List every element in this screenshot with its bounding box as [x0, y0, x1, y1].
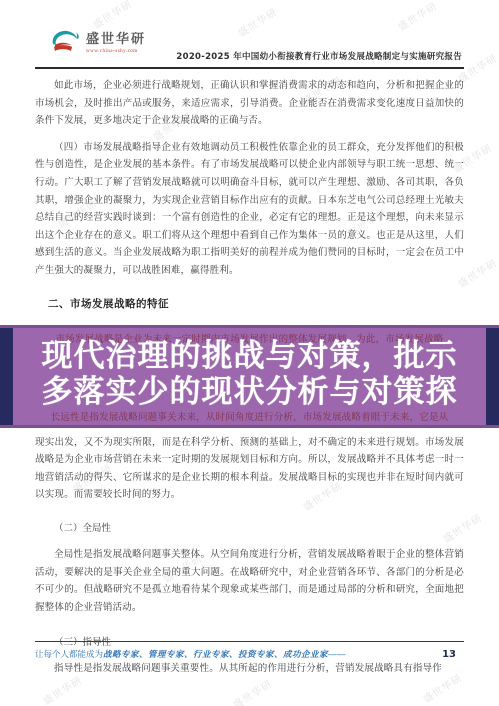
footer-slogan: 让每个人都能成为战略专家、管理专家、行业专家、投资专家、成功企业家—— — [35, 648, 346, 660]
section-heading: 二、市场发展战略的特征 — [48, 296, 464, 311]
subheading: （二）全局性 — [35, 520, 464, 534]
banner-headline-line1: 现代治理的挑战与对策，批示 — [0, 338, 499, 374]
report-title: 2020-2025 年中国幼小衔接教育行业市场发展战略制定与实施研究报告 — [176, 50, 462, 62]
page-header: 盛世华研 www.china-sshy.com 2020-2025 年中国幼小衔… — [35, 26, 464, 64]
banner-headline-line2: 多落实少的现状分析与对策探 — [0, 374, 499, 410]
report-page: 盛世华研 盛世华研 盛世华研 盛世华研 盛世华研 盛世华研 盛世华研 盛世华研 … — [0, 0, 499, 706]
paragraph: 指导性是指发展战略问题事关重要性。从其所起的作用进行分析，营销发展战略具有指导作 — [35, 661, 464, 679]
logo-swirl-icon — [47, 28, 86, 58]
overlay-banner: 市场发展战略是企业为未来一定时期内市场发展作出的整体发展规划，为此，市场发展战略… — [0, 325, 499, 428]
page-footer: 让每个人都能成为战略专家、管理专家、行业专家、投资专家、成功企业家—— 13 — [35, 641, 464, 660]
banner-headline: 现代治理的挑战与对策，批示 多落实少的现状分析与对策探 — [0, 338, 499, 410]
footer-rule — [35, 641, 464, 642]
logo-url: www.china-sshy.com — [86, 49, 146, 54]
page-number: 13 — [442, 649, 456, 660]
header-rule — [35, 67, 464, 69]
paragraph: 如此市场，企业必须进行战略规划，正确认识和掌握消费需求的动态和趋向，分析和把握企… — [35, 78, 464, 131]
paragraph: （四）市场发展战略指导企业有效地调动员工积极性依靠企业的员工群众，充分发挥他们的… — [35, 140, 464, 281]
paragraph: 全局性是指发展战略问题事关整体。从空间角度进行分析，营销发展战略着眼于企业的整体… — [35, 547, 464, 617]
logo-text: 盛世华研 — [86, 33, 146, 46]
watermark: 盛世华研 — [229, 675, 274, 706]
company-logo: 盛世华研 www.china-sshy.com — [47, 28, 146, 58]
document-body: 如此市场，企业必须进行战略规划，正确认识和掌握消费需求的动态和趋向，分析和把握企… — [35, 72, 464, 679]
paragraph: 现实出发，又不为现实所限，而是在科学分析、预测的基础上，对不确定的未来进行规划。… — [35, 435, 464, 505]
banner-underlying-text-bottom: 长远性是指发展战略问题事关未来，从时间角度进行分析，市场发展战略着眼于未来，它是… — [40, 409, 459, 423]
